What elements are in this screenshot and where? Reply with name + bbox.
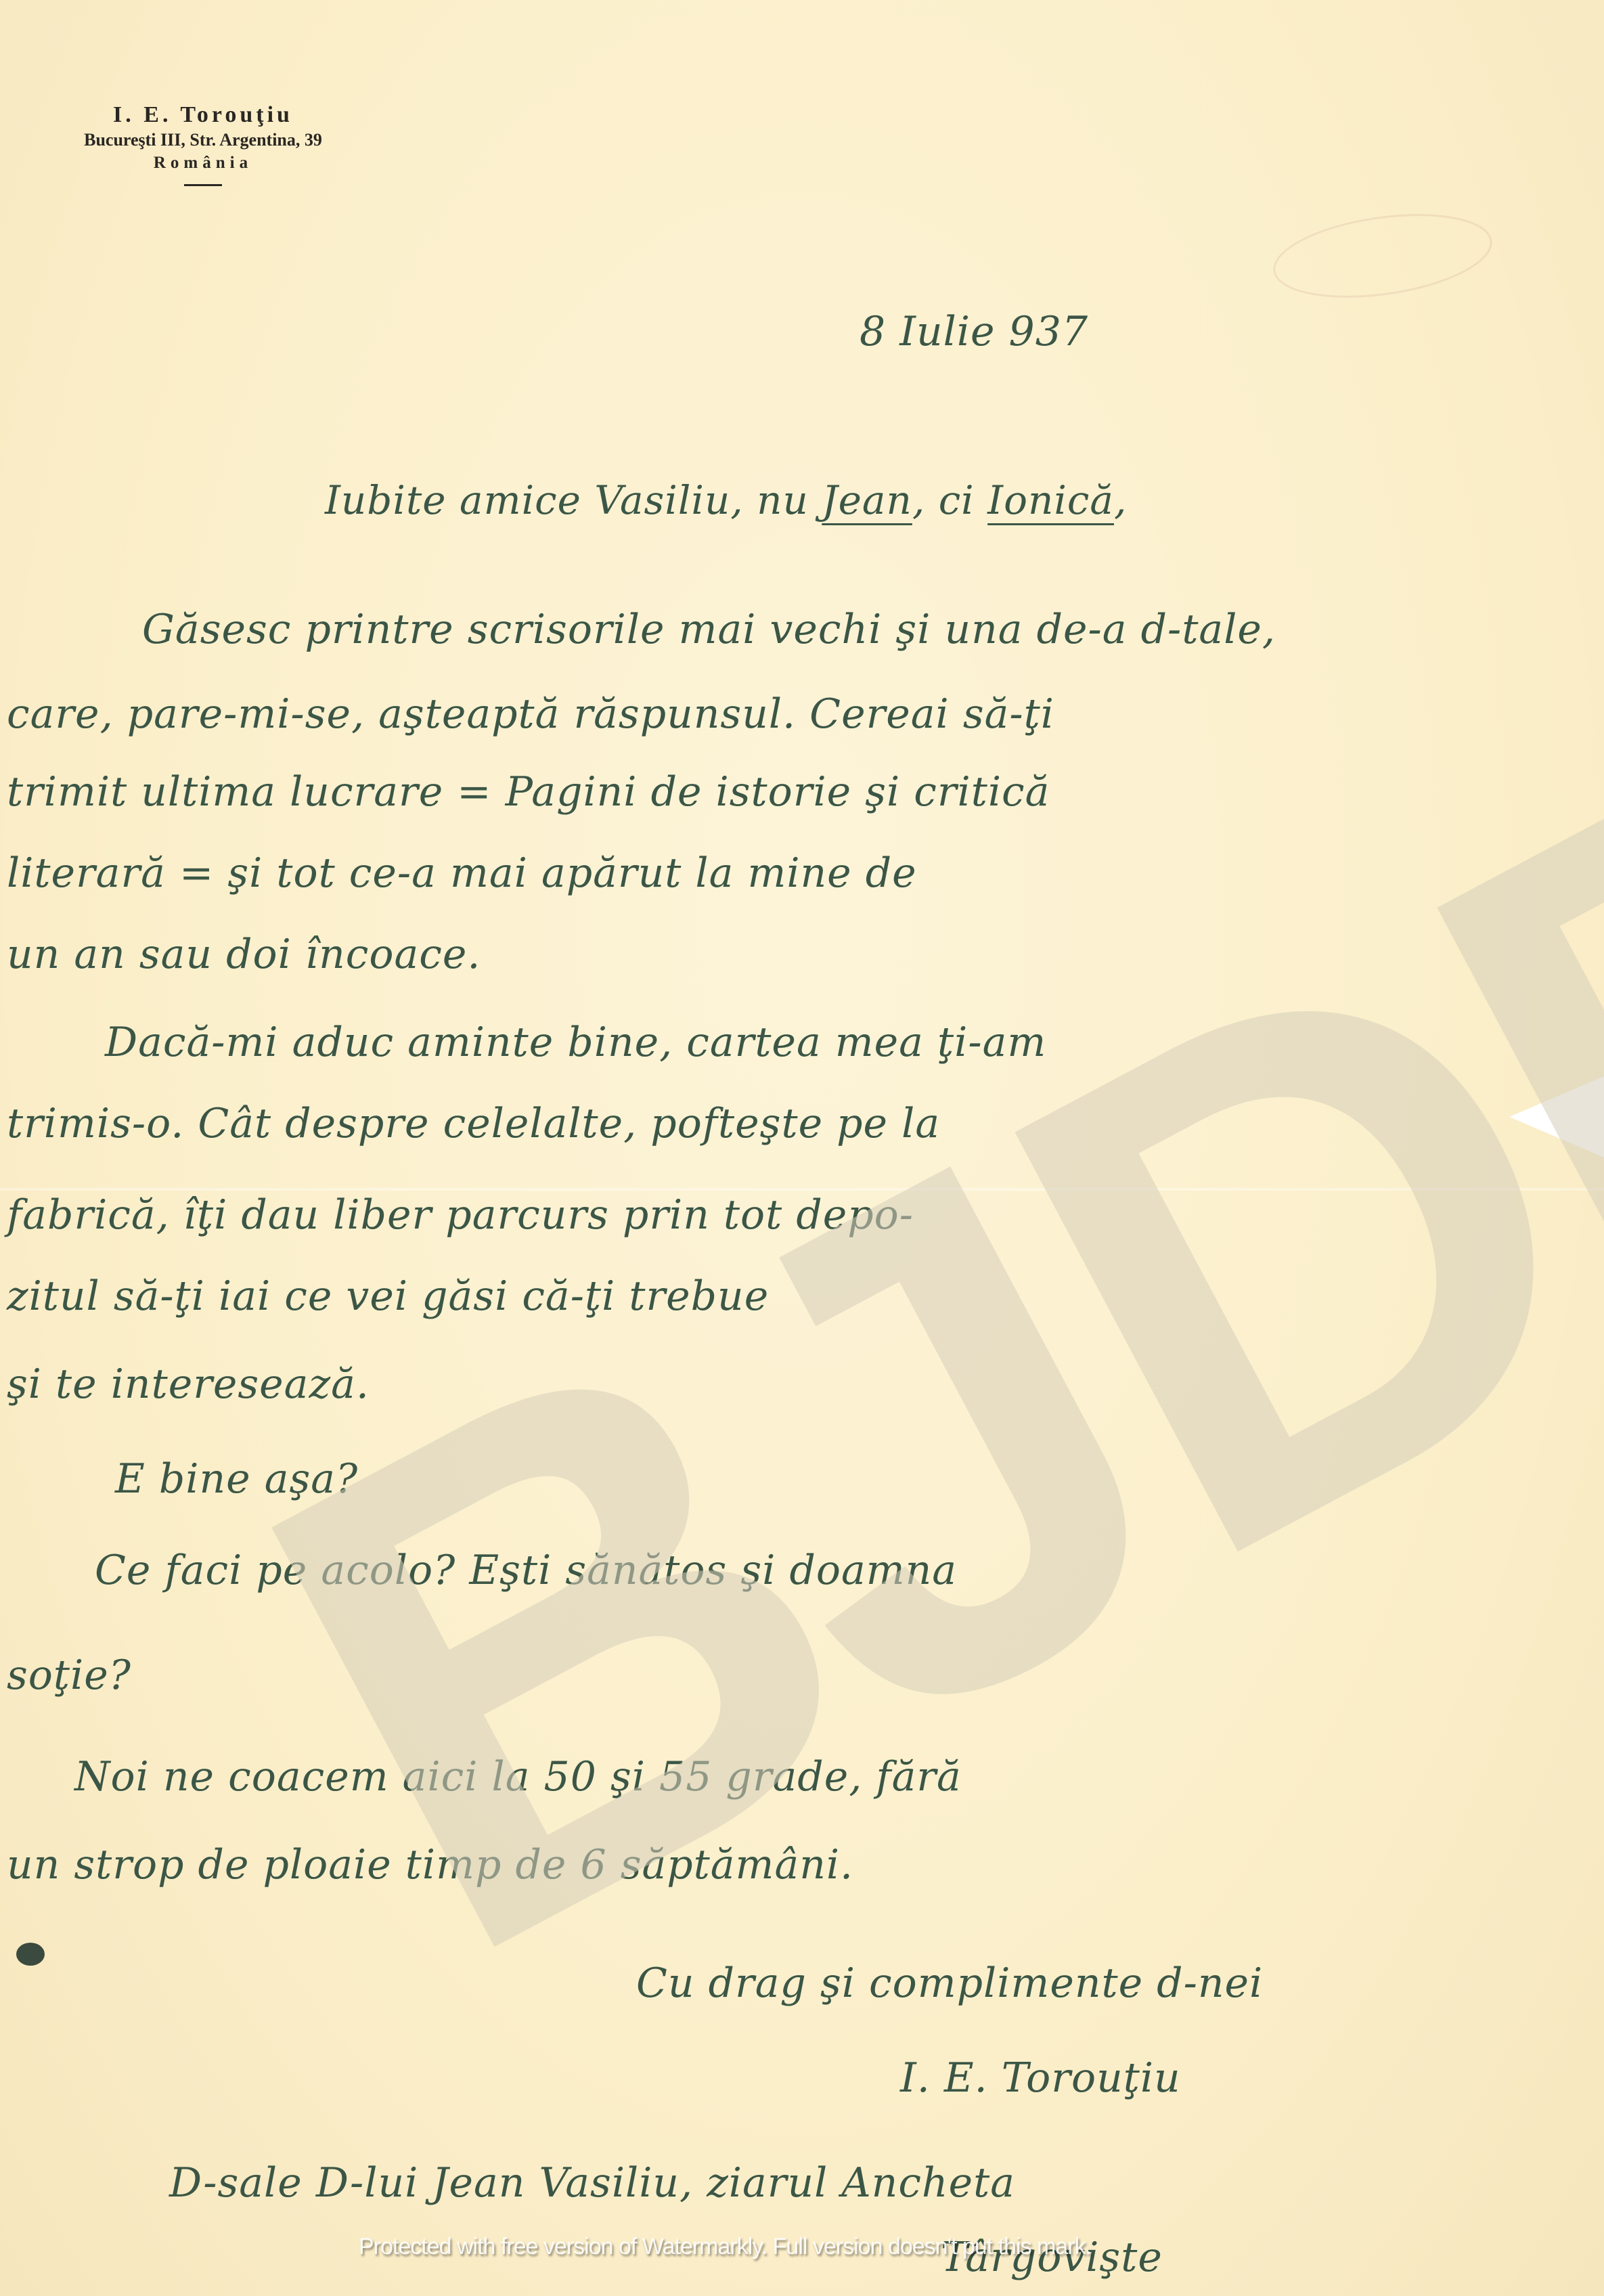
faded-stamp [1268,202,1498,310]
body-line: zitul să-ţi iai ce vei găsi că-ţi trebue [7,1273,769,1320]
paper-fold [0,1188,1604,1191]
letterhead-divider [184,184,222,186]
body-line: Noi ne coacem aici la 50 şi 55 grade, fă… [74,1753,962,1801]
body-line: un an sau doi încoace. [7,931,481,978]
salutation-part: , ci [912,477,987,523]
letterhead-name: I. E. Torouţiu [41,102,365,129]
recipient-address: D-sale D-lui Jean Vasiliu, ziarul Anchet… [169,2159,1015,2207]
body-line: Găsesc printre scrisorile mai vechi şi u… [142,606,1276,653]
letterhead-country: România [41,152,365,175]
salutation-name-ionica: Ionică [987,477,1114,523]
salutation-name-jean: Jean [822,477,912,523]
salutation: Iubite amice Vasiliu, nu Jean, ci Ionică… [325,477,1127,523]
body-line: soţie? [7,1652,131,1699]
body-line: fabrică, îţi dau liber parcurs prin tot … [7,1191,914,1239]
closing: Cu drag şi complimente d-nei [636,1960,1263,2007]
letter-date: 8 Iulie 937 [860,308,1088,355]
body-line: literară = şi tot ce-a mai apărut la min… [7,849,917,897]
salutation-part: , [1114,477,1127,523]
watermarkly-notice: Protected with free version of Watermark… [359,2234,1091,2260]
body-line: Dacă-mi aduc aminte bine, cartea mea ţi-… [105,1019,1046,1066]
body-line: Ce faci pe acolo? Eşti sănătos şi doamna [95,1547,957,1594]
letterhead: I. E. Torouţiu Bucureşti III, Str. Argen… [41,102,365,186]
signature: I. E. Torouţiu [900,2054,1181,2102]
paper-tear [1509,1076,1604,1157]
body-line: trimit ultima lucrare = Pagini de istori… [7,768,1050,816]
body-line: şi te interesează. [7,1361,370,1408]
body-line: trimis-o. Cât despre celelalte, pofteşte… [7,1100,940,1147]
body-line: care, pare-mi-se, aşteaptă răspunsul. Ce… [7,690,1054,738]
body-line: un strop de ploaie timp de 6 săptămâni. [7,1841,853,1889]
ink-blot [16,1943,45,1966]
salutation-part: Iubite amice Vasiliu, nu [325,477,822,523]
letterhead-address: Bucureşti III, Str. Argentina, 39 [41,129,365,152]
body-line: E bine aşa? [115,1455,358,1503]
